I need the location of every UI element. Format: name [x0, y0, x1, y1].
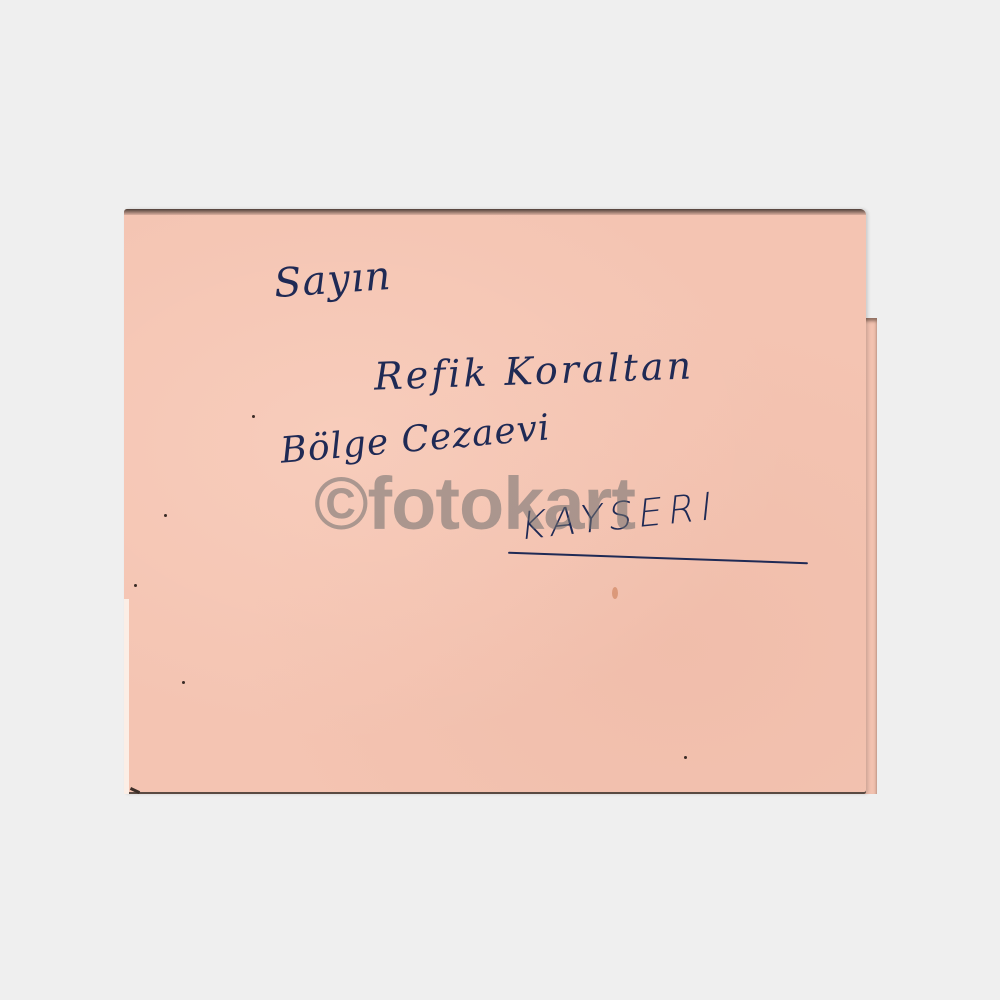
- recipient-name: Refik Koraltan: [373, 343, 694, 398]
- ink-speck: [684, 756, 687, 759]
- scan-canvas: Sayın Refik Koraltan Bölge Cezaevi KAYSE…: [0, 0, 1000, 1000]
- ink-speck: [134, 584, 137, 587]
- ink-speck: [182, 681, 185, 684]
- ink-speck: [164, 514, 167, 517]
- recipient-institution: Bölge Cezaevi: [279, 407, 552, 471]
- envelope-left-edge: [124, 599, 129, 794]
- envelope-top-edge: [124, 209, 866, 215]
- corner-mark: [130, 787, 140, 794]
- salutation: Sayın: [273, 253, 393, 307]
- ink-speck: [252, 415, 255, 418]
- recipient-city: KAYSERI: [518, 483, 720, 548]
- envelope: Sayın Refik Koraltan Bölge Cezaevi KAYSE…: [124, 209, 866, 794]
- city-underline: [508, 552, 808, 564]
- paper-stain: [612, 587, 618, 599]
